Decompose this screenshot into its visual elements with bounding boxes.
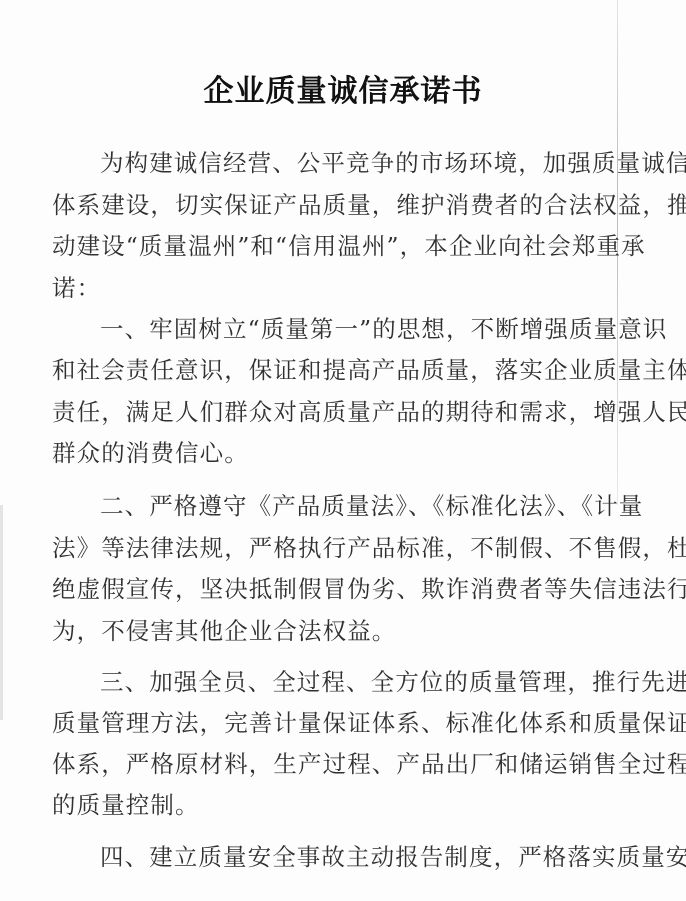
text-line: 为，不侵害其他企业合法权益。 bbox=[52, 616, 632, 646]
text-line: 一、牢固树立“质量第一”的思想，不断增强质量意识 bbox=[52, 314, 632, 344]
text-line: 质量管理方法，完善计量保证体系、标准化体系和质量保证 bbox=[52, 708, 632, 738]
text-line: 体系建设，切实保证产品质量，维护消费者的合法权益，推 bbox=[52, 190, 632, 220]
text-line: 诺： bbox=[52, 273, 632, 303]
text-line: 体系，严格原材料，生产过程、产品出厂和储运销售全过程 bbox=[52, 749, 632, 779]
text-line: 群众的消费信心。 bbox=[52, 438, 632, 468]
document-title: 企业质量诚信承诺书 bbox=[0, 66, 686, 110]
text-line: 为构建诚信经营、公平竞争的市场环境，加强质量诚信 bbox=[52, 148, 632, 178]
text-line: 动建设“质量温州”和“信用温州”，本企业向社会郑重承 bbox=[52, 231, 632, 261]
text-line: 法》等法律法规，严格执行产品标准，不制假、不售假，杜 bbox=[52, 533, 632, 563]
text-line: 绝虚假宣传，坚决抵制假冒伪劣、欺诈消费者等失信违法行 bbox=[52, 574, 632, 604]
text-line: 的质量控制。 bbox=[52, 790, 632, 820]
text-line: 三、加强全员、全过程、全方位的质量管理，推行先进 bbox=[52, 667, 632, 697]
text-line: 责任，满足人们群众对高质量产品的期待和需求，增强人民 bbox=[52, 397, 632, 427]
text-line: 四、建立质量安全事故主动报告制度，严格落实质量安 bbox=[52, 842, 632, 872]
scanned-document-page: 企业质量诚信承诺书 为构建诚信经营、公平竞争的市场环境，加强质量诚信 体系建设，… bbox=[0, 0, 686, 901]
scan-edge-shadow bbox=[0, 505, 3, 720]
text-line: 二、严格遵守《产品质量法》、《标准化法》、《计量 bbox=[52, 491, 632, 521]
text-line: 和社会责任意识，保证和提高产品质量，落实企业质量主体 bbox=[52, 355, 632, 385]
